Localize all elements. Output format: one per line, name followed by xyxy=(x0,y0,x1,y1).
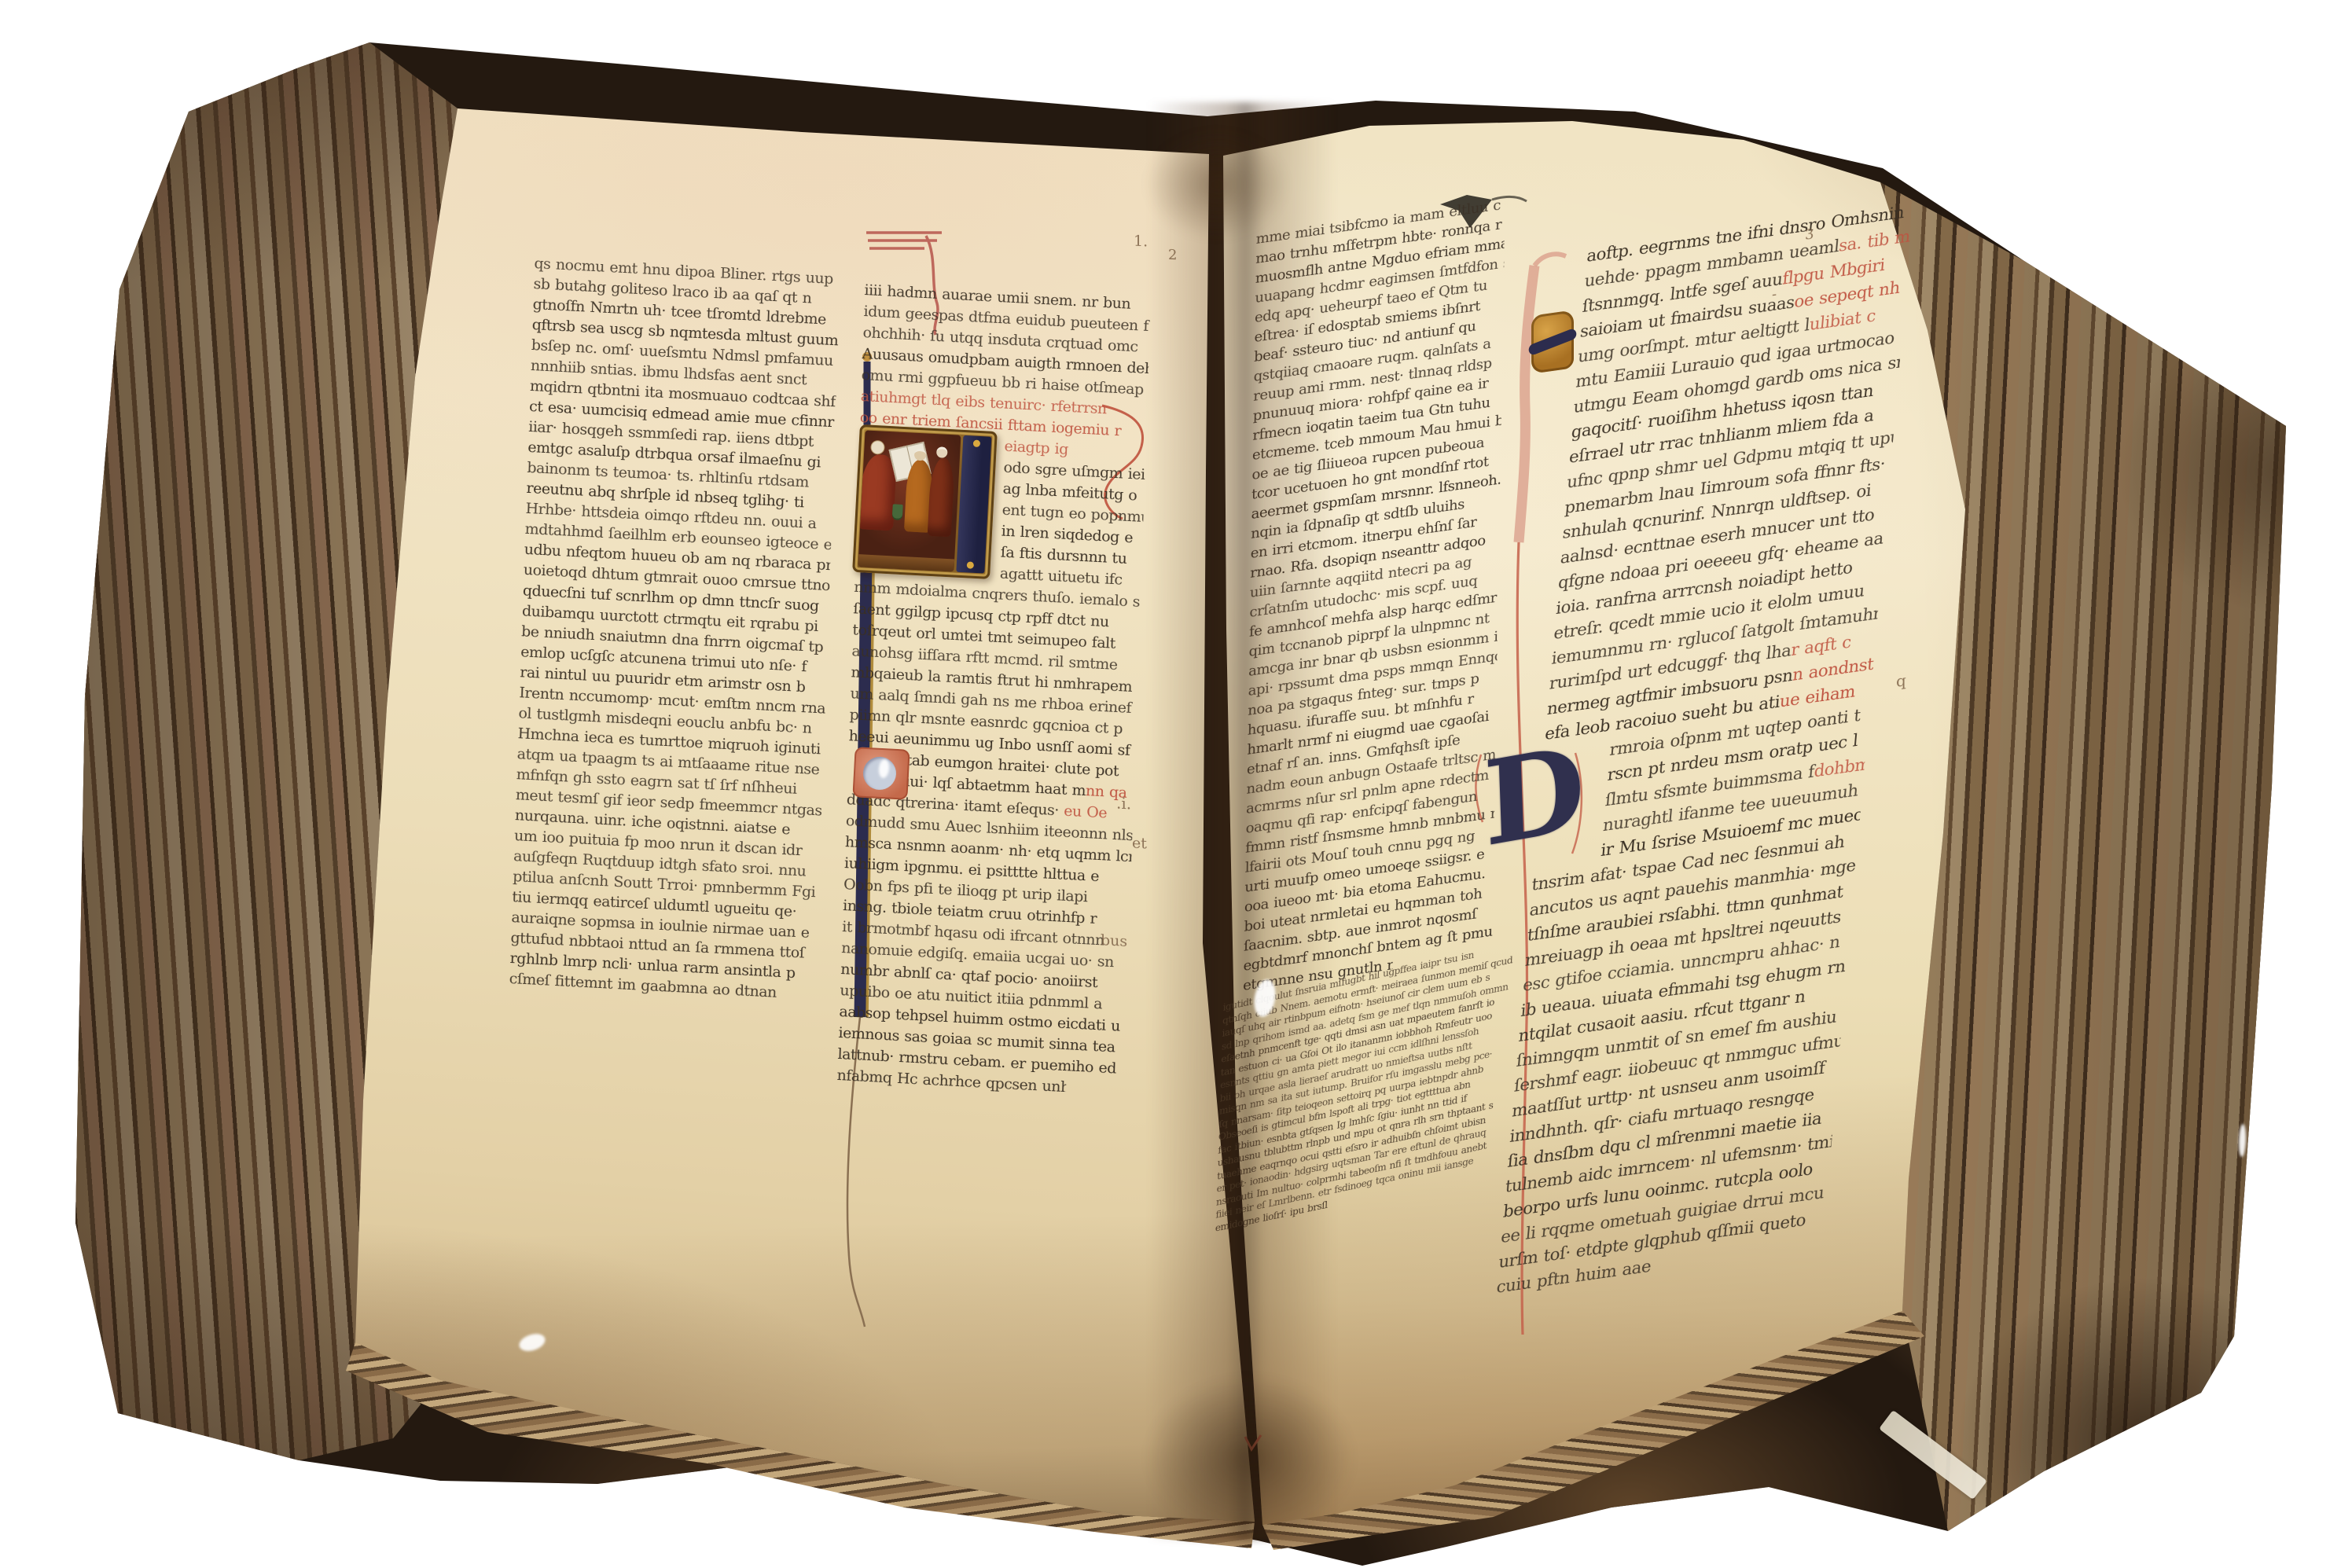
photo-open-manuscript: qs nocmu emt hnu dipoa Bliner. rtgs uups… xyxy=(0,0,2330,1568)
gutter-end-shadows xyxy=(0,0,2330,1568)
